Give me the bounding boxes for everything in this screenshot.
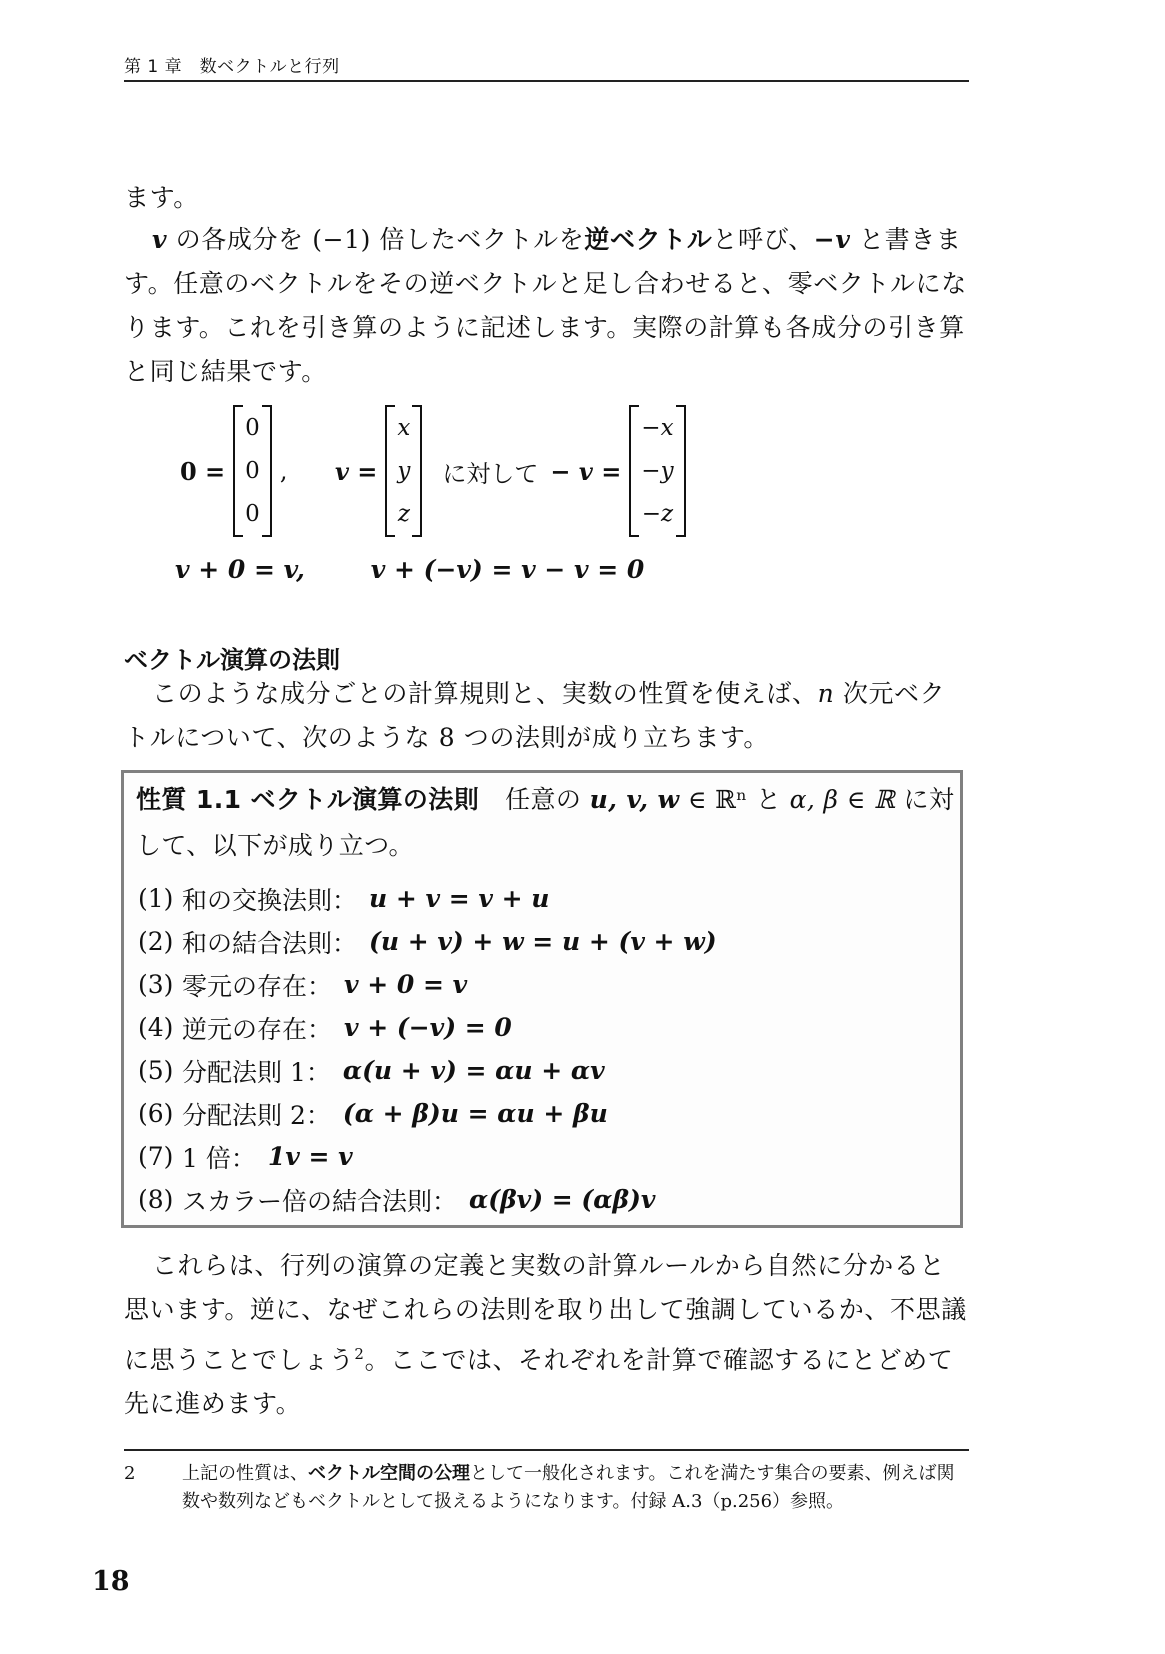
text: と呼び、 [712,225,813,254]
text: の各成分を [167,225,312,254]
footnote-rule [124,1449,969,1451]
text: つの法則が成り立ちます。 [455,723,769,752]
property-header: 性質 1.1 ベクトル演算の法則任意の u, v, w ∈ ℝⁿ と α, β … [136,777,956,869]
v-lhs: v = [335,457,377,486]
term-vector-space-axioms: ベクトル空間の公理 [308,1463,470,1484]
v-vector-matrix: x y z [385,405,422,537]
zero-vector-matrix: 0 0 0 [233,405,272,537]
law-name: スカラー倍の結合法則： [182,1182,457,1218]
law-number: (5) [138,1056,182,1085]
law-number: (4) [138,1013,182,1042]
law-name: 1 倍： [182,1139,256,1175]
matrix-entry: −y [641,452,673,490]
term-inverse-vector: 逆ベクトル [584,225,712,254]
zero-vector-eq: 0 = 0 0 0 , [180,405,287,537]
math-v: v [152,225,167,254]
math-n: n [818,679,835,708]
text: 任意の [505,785,590,814]
text: 倍したベクトルを [371,225,584,254]
law-number: (3) [138,970,182,999]
page-number: 18 [92,1566,130,1597]
matrix-entry: −x [641,409,673,447]
law-formula: v + 0 = v [344,970,467,999]
paragraph-laws-intro: このような成分ごとの計算規則と、実数の性質を使えば、n 次元ベクトルについて、次… [124,672,969,760]
matrix-entry: 0 [245,452,260,490]
connector-text: に対して [442,454,538,489]
matrix-entry: y [397,452,410,490]
law-formula: α(βv) = (αβ)v [469,1185,655,1214]
footnote-text: 上記の性質は、ベクトル空間の公理として一般化されます。これを満たす集合の要素、例… [182,1460,972,1516]
law-formula: u + v = v + u [369,884,549,913]
law-number: (6) [138,1099,182,1128]
footnote-ref[interactable]: 2 [354,1345,364,1363]
display-equation-identities: v + 0 = v, v + (−v) = v − v = 0 [175,555,644,584]
footnote-mark: 2 [124,1460,135,1488]
identity-inverse: v + (−v) = v − v = 0 [371,555,645,584]
math-neg-v: −v [814,225,851,254]
matrix-entry: −z [641,495,673,533]
math-scalars: α, β ∈ ℝ [790,785,896,814]
display-equation-vectors: 0 = 0 0 0 , v = x y z に対して − v = −x −y −… [180,405,940,545]
law-name: 和の交換法則： [182,881,357,917]
law-formula: (u + v) + w = u + (v + w) [369,927,717,956]
matrix-entry: z [397,495,410,533]
law-name: 分配法則 2： [182,1096,331,1132]
law-number: (7) [138,1142,182,1171]
neg-v-lhs: − v = [550,457,621,486]
law-formula: 1v = v [268,1142,353,1171]
law-formula: (α + β)u = αu + βu [343,1099,608,1128]
math-eight: 8 [439,723,456,752]
property-title: 性質 1.1 ベクトル演算の法則 [136,785,479,814]
law-item: (7)1 倍：1v = v [138,1135,938,1178]
v-vector-eq: v = x y z に対して − v = −x −y −z [335,405,694,537]
matrix-entry: x [397,409,410,447]
law-name: 零元の存在： [182,967,332,1003]
paragraph-text: ます。 [124,183,199,212]
paragraph-intro-end: ます。 [124,176,969,220]
law-formula: α(u + v) = αu + αv [343,1056,605,1085]
law-number: (8) [138,1185,182,1214]
law-formula: v + (−v) = 0 [344,1013,512,1042]
neg-v-vector-matrix: −x −y −z [629,405,685,537]
math-minus-one: (−1) [312,225,371,254]
law-name: 分配法則 1： [182,1053,331,1089]
law-item: (8)スカラー倍の結合法則：α(βv) = (αβ)v [138,1178,938,1221]
law-item: (6)分配法則 2：(α + β)u = αu + βu [138,1092,938,1135]
section-title: ベクトル演算の法則 [124,640,340,675]
law-name: 和の結合法則： [182,924,357,960]
header-rule [124,80,969,82]
law-list: (1)和の交換法則：u + v = v + u (2)和の結合法則：(u + v… [138,877,938,1221]
running-head: 第 1 章 数ベクトルと行列 [124,52,969,77]
text: このような成分ごとの計算規則と、実数の性質を使えば、 [152,679,818,708]
property-box: 性質 1.1 ベクトル演算の法則任意の u, v, w ∈ ℝⁿ と α, β … [121,770,963,1228]
identity-zero: v + 0 = v, [175,555,305,584]
law-item: (3)零元の存在：v + 0 = v [138,963,938,1006]
zero-lhs: 0 = [180,457,225,486]
law-item: (2)和の結合法則：(u + v) + w = u + (v + w) [138,920,938,963]
matrix-entry: 0 [245,409,260,447]
matrix-entry: 0 [245,495,260,533]
law-number: (1) [138,884,182,913]
text: と [747,785,789,814]
law-number: (2) [138,927,182,956]
law-item: (5)分配法則 1：α(u + v) = αu + αv [138,1049,938,1092]
text: 上記の性質は、 [182,1463,308,1484]
law-item: (4)逆元の存在：v + (−v) = 0 [138,1006,938,1049]
comma: , [280,457,288,485]
math-vars: u, v, w [590,785,680,814]
math-in-rn: ∈ ℝⁿ [679,785,747,814]
paragraph-closing: これらは、行列の演算の定義と実数の計算ルールから自然に分かると思います。逆に、な… [124,1244,969,1426]
law-item: (1)和の交換法則：u + v = v + u [138,877,938,920]
paragraph-inverse-vector: v の各成分を (−1) 倍したベクトルを逆ベクトルと呼び、−v と書きます。任… [124,218,969,394]
law-name: 逆元の存在： [182,1010,332,1046]
